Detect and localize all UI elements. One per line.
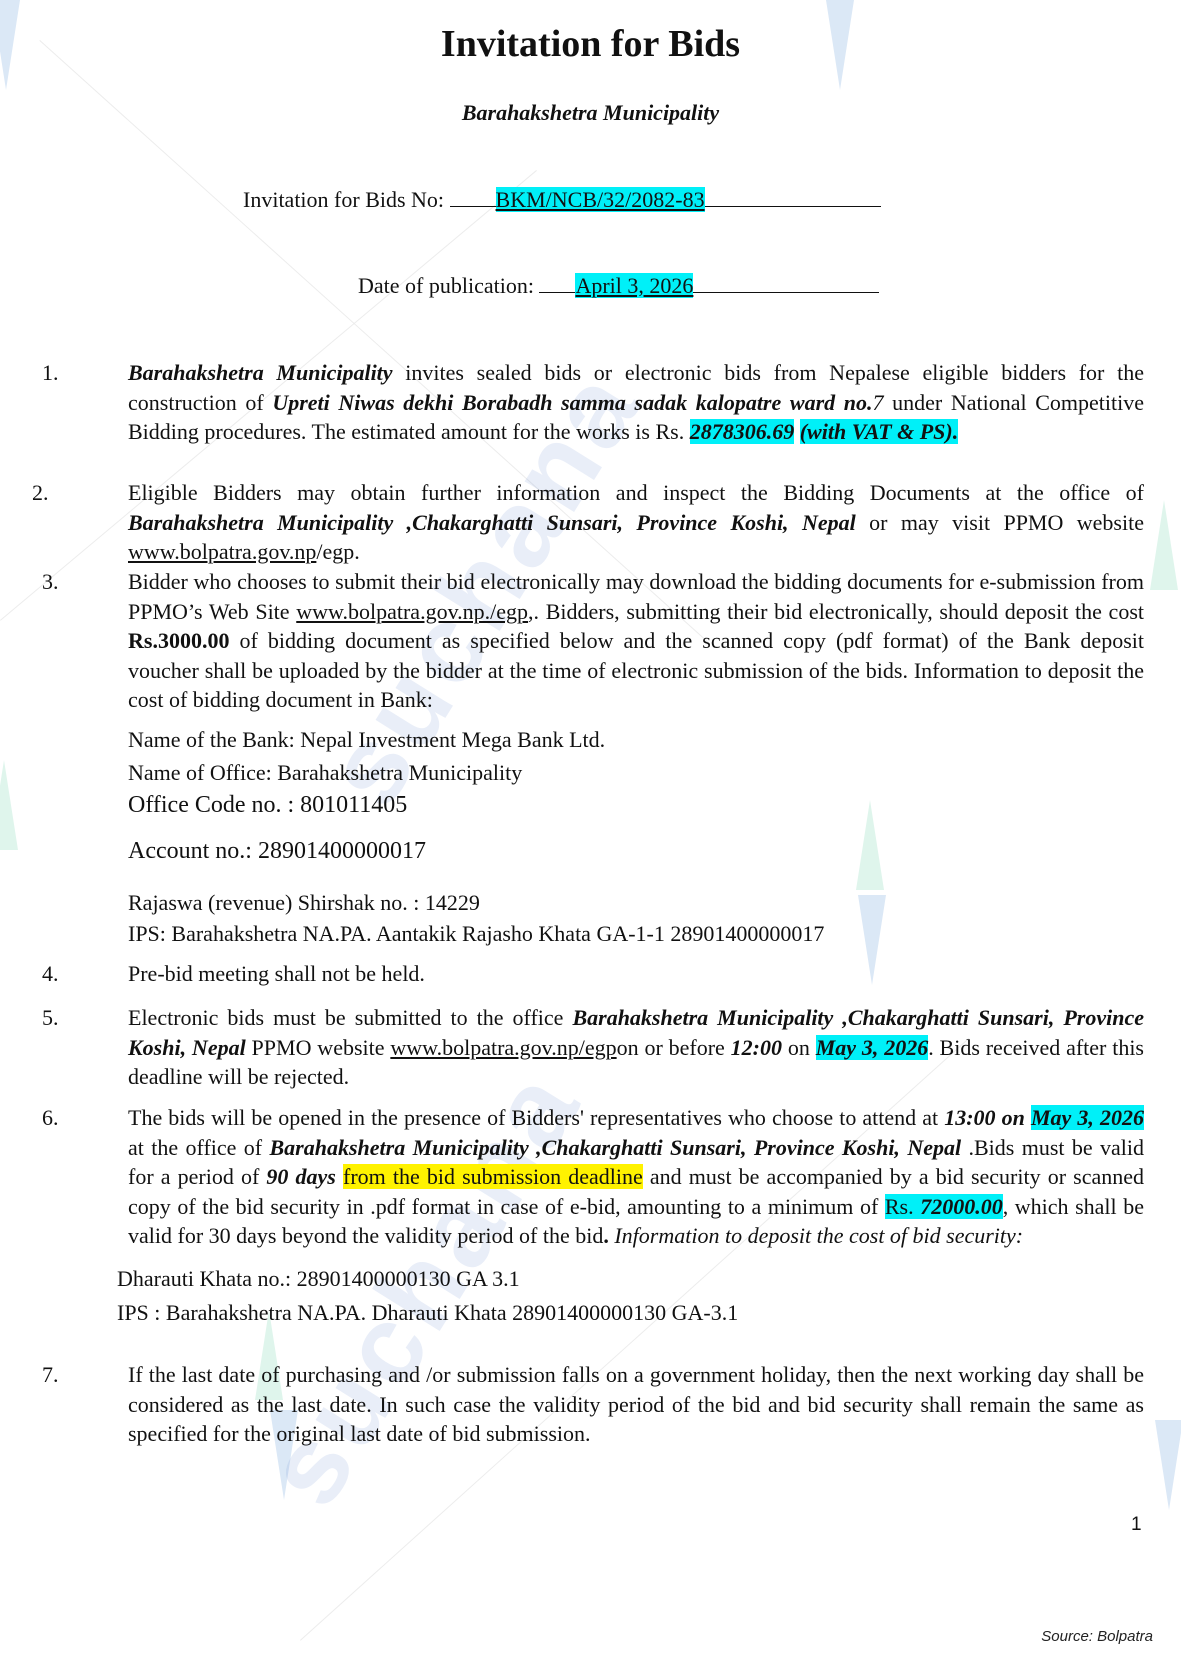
publication-date-line: Date of publication: April 3, 2026 [358,272,879,299]
office-code: Office Code no. : 801011405 [128,792,407,819]
opening-date: May 3, 2026 [1031,1105,1144,1130]
revenue-heading-number: Rajaswa (revenue) Shirshak no. : 14229 [128,890,480,916]
bank-name: Name of the Bank: Nepal Investment Mega … [128,727,605,753]
text: PPMO website [246,1035,391,1060]
text: of bidding document as specified below a… [128,628,1144,712]
security-prefix: Rs. [885,1194,920,1219]
item-number: 5. [42,1003,59,1033]
bolpatra-link[interactable]: www.bolpatra.gov.np/egp [390,1035,616,1060]
item-body: Bidder who chooses to submit their bid e… [128,567,1144,715]
item-number: 3. [42,567,59,597]
blank-underline [539,272,575,293]
opening-time: 13:00 on [944,1105,1025,1130]
item-number: 7. [42,1360,59,1390]
source-credit: Source: Bolpatra [1041,1628,1153,1645]
item-body: The bids will be opened in the presence … [128,1103,1144,1251]
item-number: 6. [42,1103,59,1133]
document-page: Invitation for Bids Barahakshetra Munici… [0,0,1181,1654]
item-body: Pre-bid meeting shall not be held. [128,959,1144,989]
item-body: Electronic bids must be submitted to the… [128,1003,1144,1092]
submission-time: 12:00 [731,1035,782,1060]
ward-number: 7 [873,390,884,415]
bid-security-amount: 72000.00 [920,1194,1003,1219]
text: Eligible Bidders may obtain further info… [128,480,1144,505]
item-body: If the last date of purchasing and /or s… [128,1360,1144,1449]
office-name: Name of Office: Barahakshetra Municipali… [128,760,522,786]
security-deposit-heading: Information to deposit the cost of bid s… [609,1223,1023,1248]
office-address: Barahakshetra Municipality ,Chakarghatti… [270,1135,962,1160]
ifb-label: Invitation for Bids No: [243,187,444,212]
dharauti-account: Dharauti Khata no.: 28901400000130 GA 3.… [117,1266,520,1292]
bolpatra-link[interactable]: www.bolpatra.gov.np./egp [296,599,528,624]
item-number: 4. [42,959,59,989]
issuer-name: Barahakshetra Municipality [0,100,1181,126]
amount-note: (with VAT & PS). [800,419,959,444]
ips-account: IPS: Barahakshetra NA.PA. Aantakik Rajas… [128,921,824,947]
text: at the office of [128,1135,270,1160]
item-body: Eligible Bidders may obtain further info… [128,478,1144,567]
issuer-name: Barahakshetra Municipality [128,360,393,385]
document-cost: Rs.3000.00 [128,628,229,653]
item-body: Barahakshetra Municipality invites seale… [128,358,1144,447]
item-number: 1. [42,358,59,388]
submission-date: May 3, 2026 [816,1035,929,1060]
publication-date: April 3, 2026 [575,273,693,298]
text: The bids will be opened in the presence … [128,1105,944,1130]
publication-label: Date of publication: [358,273,534,298]
bid-validity: 90 days [266,1164,335,1189]
ifb-number-line: Invitation for Bids No: BKM/NCB/32/2082-… [243,186,881,213]
page-number: 1 [1131,1514,1142,1536]
text: Electronic bids must be submitted to the… [128,1005,572,1030]
text: ,. Bidders, submitting their bid electro… [528,599,1144,624]
text: on or before [617,1035,731,1060]
page-title: Invitation for Bids [0,22,1181,66]
bolpatra-link[interactable]: www.bolpatra.gov.np [128,539,316,564]
text: /egp. [316,539,359,564]
blank-underline [450,186,496,207]
blank-underline [705,186,881,207]
ips-dharauti-account: IPS : Barahakshetra NA.PA. Dharauti Khat… [117,1300,738,1326]
account-number: Account no.: 28901400000017 [128,838,426,865]
text: or may visit PPMO website [856,510,1144,535]
text: on [782,1035,816,1060]
estimated-amount: 2878306.69 [690,419,795,444]
validity-note: from the bid submission deadline [343,1164,643,1189]
ifb-number: BKM/NCB/32/2082-83 [496,187,705,212]
project-name: Upreti Niwas dekhi Borabadh samma sadak … [272,390,872,415]
item-number: 2. [32,478,49,508]
blank-underline [693,272,879,293]
office-address: Barahakshetra Municipality ,Chakarghatti… [128,510,856,535]
